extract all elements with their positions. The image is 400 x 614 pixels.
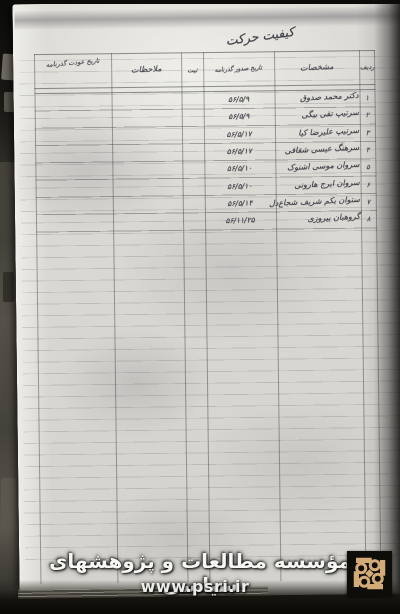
entry-date: ۵۶/۵/۱۴ [206, 198, 274, 209]
entry-name: گروهبان پیروزی [274, 212, 365, 225]
psri-logo-icon [347, 551, 392, 596]
column-header-particulars: مشخصات [274, 61, 359, 74]
entry-date: ۵۶/۵/۱۷ [205, 129, 273, 140]
column-header-issue-date: تاریخ صدور گذرنامه [206, 63, 271, 74]
ledger-table: ردیف مشخصات تاریخ صدور گذرنامه ثبت ملاحظ… [34, 50, 381, 584]
entry-name: سرهنگ عیسی شقاقی [273, 143, 364, 156]
column-header-remarks: ملاحظات [111, 63, 181, 75]
binder-hardware [3, 272, 14, 302]
psri-logo-svg [347, 551, 392, 596]
ledger-page: کیفیت حرکت ردیف مشخصات تاریخ صدور گذرنام… [12, 0, 400, 598]
entry-date: ۵۶/۵/۱۰ [205, 163, 273, 174]
entry-date: ۵۶/۵/۱۷ [205, 146, 273, 157]
scanned-document-photo: کیفیت حرکت ردیف مشخصات تاریخ صدور گذرنام… [0, 0, 400, 614]
watermark-band: مؤسسه مطالعات و پژوهشهای سیاسی www.psri.… [0, 546, 400, 608]
entry-name: سرتیپ تقی بیگی [273, 108, 364, 121]
entry-name: سروان ایرج هارونی [273, 178, 364, 191]
column-header-record: ثبت [181, 66, 203, 74]
entry-date: ۵۶/۵/۹ [204, 94, 272, 105]
watermark-url: www.psri.ir [95, 577, 295, 596]
page-fold-shadow [14, 6, 400, 31]
entry-date: ۵۶/۵/۱۰ [206, 181, 274, 192]
page-gutter-shadow [374, 0, 400, 614]
entry-date: ۵۶/۵/۹ [205, 111, 273, 122]
entry-date: ۵۶/۱۱/۲۵ [206, 215, 274, 226]
column-header-row-no: ردیف [359, 63, 375, 71]
entry-name: ستوان یکم شریف شجاع‌دل [274, 195, 365, 208]
binder-hardware [1, 478, 16, 528]
table-hline [34, 84, 375, 89]
entry-name: سروان موسی اشنوک [273, 160, 364, 173]
photo-top-edge [0, 0, 400, 4]
table-hline [34, 50, 375, 55]
entry-name: دکتر محمد صدوق [272, 91, 363, 104]
entry-name: سرتیپ علیرضا کیا [273, 126, 364, 139]
column-header-return-date: تاریخ عودت گذرنامه [34, 57, 111, 71]
